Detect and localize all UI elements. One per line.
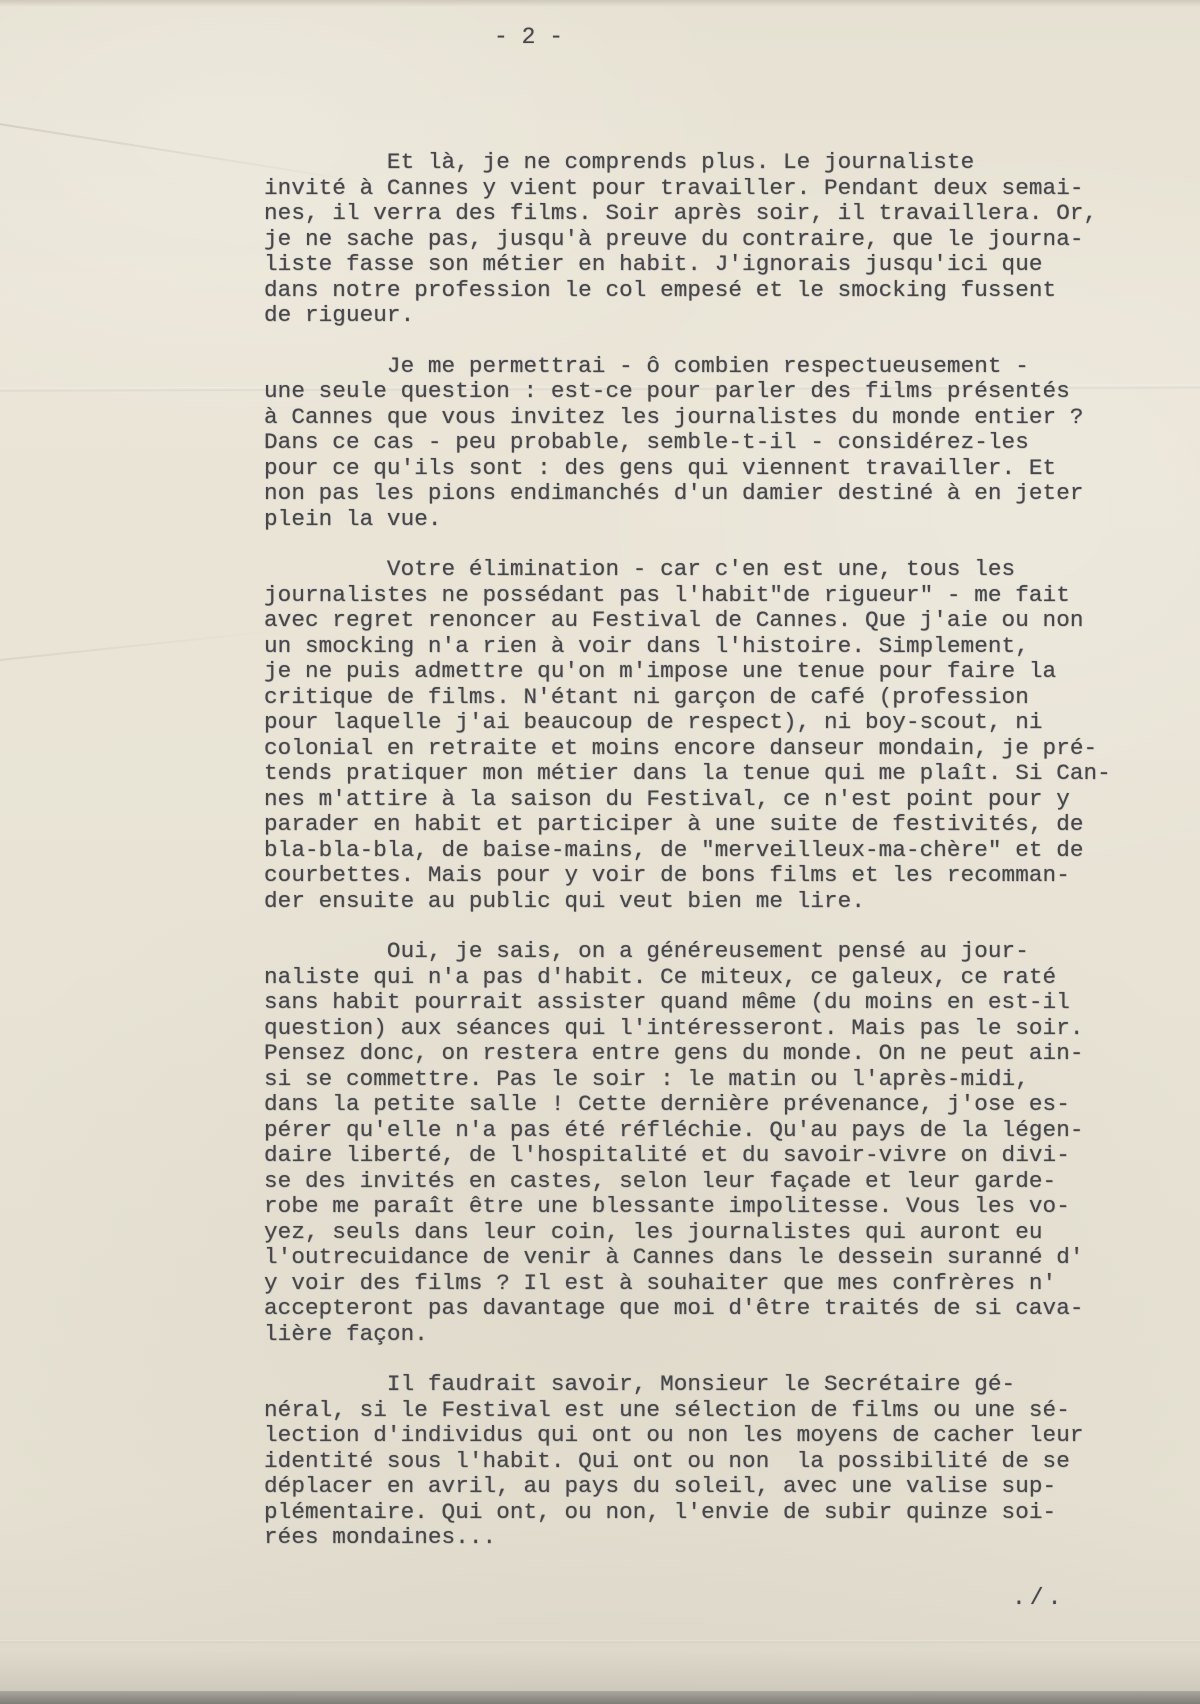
paragraph-5: Il faudrait savoir, Monsieur le Secrétai… bbox=[264, 1372, 1144, 1551]
scan-edge-bottom-shadow bbox=[0, 1651, 1200, 1691]
paragraph-3: Votre élimination - car c'en est une, to… bbox=[264, 557, 1144, 914]
paragraph-2: Je me permettrai - ô combien respectueus… bbox=[264, 354, 1144, 533]
scan-edge-bottom bbox=[0, 1691, 1200, 1704]
paragraph-4: Oui, je sais, on a généreusement pensé a… bbox=[264, 939, 1144, 1347]
page-number: - 2 - bbox=[494, 24, 563, 50]
fold-crease bbox=[0, 629, 288, 662]
paragraph-1: Et là, je ne comprends plus. Le journali… bbox=[264, 150, 1144, 329]
scanned-letter-page: - 2 - Et là, je ne comprends plus. Le jo… bbox=[0, 0, 1200, 1704]
continuation-mark: ./. bbox=[1012, 1585, 1065, 1611]
letter-body: Et là, je ne comprends plus. Le journali… bbox=[264, 150, 1144, 1576]
scan-edge-top bbox=[0, 0, 1200, 7]
fold-crease bbox=[0, 1640, 1200, 1643]
